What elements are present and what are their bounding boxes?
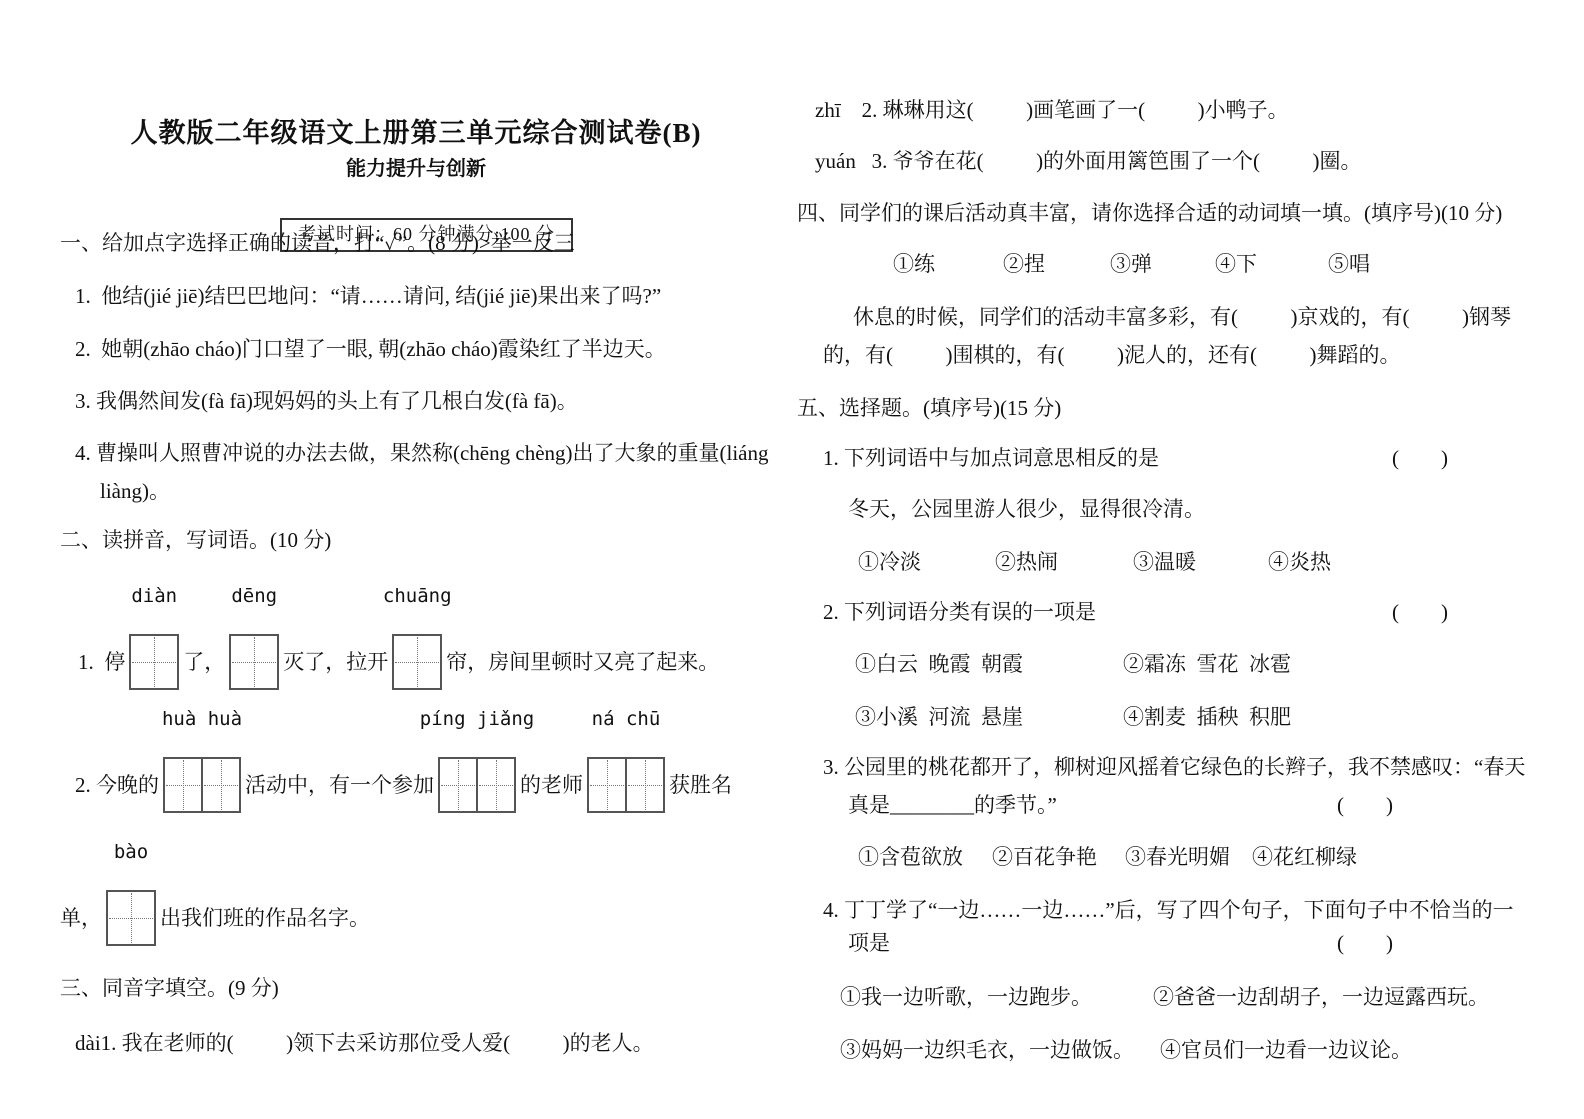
- answer-bracket: ( ): [1337, 793, 1393, 817]
- section4-option: ⑤唱: [1328, 252, 1370, 276]
- section3-item-yuan: yuán 3. 爷爷在花( )的外面用篱笆围了一个( )圈。: [815, 149, 1362, 173]
- section5-q4-option: ③妈妈一边织毛衣，一边做饭。: [840, 1038, 1134, 1062]
- section5-q3-option: ④花红柳绿: [1252, 845, 1357, 869]
- answer-bracket: ( ): [1392, 446, 1448, 470]
- writing-grid: diàn: [129, 634, 179, 690]
- section5-q4-option: ④官员们一边看一边议论。: [1160, 1038, 1412, 1062]
- section5-q2-option: ②霜冻 雪花 冰雹: [1123, 652, 1291, 676]
- pinyin-label: huà huà: [162, 709, 242, 731]
- section3-item-zhi: zhī 2. 琳琳用这( )画笔画了一( )小鸭子。: [815, 98, 1289, 122]
- section2-q1-line: 1. 停 diàn 了， dēng 灭了，拉开 chuāng 帘，房间里顿时又亮…: [78, 634, 719, 690]
- writing-cell: [476, 759, 514, 811]
- section3-item-dai: dài1. 我在老师的( )领下去采访那位受人爱( )的老人。: [75, 1031, 654, 1055]
- section1-heading: 一、给加点字选择正确的读音，打“✓”。(8 分)>举一反三: [60, 231, 575, 255]
- section5-q1-option: ②热闹: [995, 550, 1058, 574]
- writing-grid: chuāng: [392, 634, 442, 690]
- section4-paragraph-line2: 的，有( )围棋的，有( )泥人的，还有( )舞蹈的。: [823, 343, 1400, 367]
- writing-cell: [625, 759, 663, 811]
- page-title: 人教版二年级语文上册第三单元综合测试卷(B): [60, 118, 772, 149]
- section4-option: ③弹: [1110, 252, 1152, 276]
- section1-item: 1. 他结(jié jiē)结巴巴地问：“请……请问, 结(jié jiē)果出…: [75, 284, 661, 308]
- pinyin-label: chuāng: [383, 586, 452, 608]
- section5-q1-context: 冬天，公园里游人很少，显得很冷清。: [848, 497, 1205, 521]
- text-segment: 2. 今晚的: [75, 773, 159, 797]
- pinyin-label: píng jiǎng: [420, 709, 534, 731]
- writing-cell: [440, 759, 476, 811]
- text-segment: 1. 停: [78, 650, 125, 674]
- section5-q4-line2: 项是: [848, 931, 890, 955]
- writing-cell: [589, 759, 625, 811]
- section1-item: 3. 我偶然间发(fà fā)现妈妈的头上有了几根白发(fà fā)。: [75, 389, 578, 413]
- section5-heading: 五、选择题。(填序号)(15 分): [797, 396, 1061, 420]
- text-segment: 活动中，有一个参加: [245, 773, 434, 797]
- section4-paragraph-line1: 休息的时候，同学们的活动丰富多彩，有( )京戏的，有( )钢琴: [853, 305, 1511, 329]
- section4-option: ①练: [893, 252, 935, 276]
- section5-q2-option: ③小溪 河流 悬崖: [855, 705, 1023, 729]
- writing-cell: [201, 759, 239, 811]
- section5-q1-option: ③温暖: [1133, 550, 1196, 574]
- section1-item: 2. 她朝(zhāo cháo)门口望了一眼, 朝(zhāo cháo)霞染红了…: [75, 337, 666, 361]
- text-segment: 了，: [183, 650, 225, 674]
- writing-cell: [131, 636, 177, 688]
- pinyin-label: diàn: [131, 586, 177, 608]
- pinyin-label: ná chū: [592, 709, 661, 731]
- text-segment: 的老师: [520, 773, 583, 797]
- section5-q2-option: ①白云 晚霞 朝霞: [855, 652, 1023, 676]
- section5-q2-option: ④割麦 插秧 积肥: [1123, 705, 1291, 729]
- test-paper-page: 人教版二年级语文上册第三单元综合测试卷(B) 能力提升与创新 考试时间：60 分…: [0, 0, 1584, 1119]
- section5-q4-line1: 4. 丁丁学了“一边……一边……”后，写了四个句子，下面句子中不恰当的一: [823, 898, 1514, 922]
- writing-cell: [165, 759, 201, 811]
- answer-bracket: ( ): [1392, 600, 1448, 624]
- text-segment: 帘，房间里顿时又亮了起来。: [446, 650, 719, 674]
- section2-heading: 二、读拼音，写词语。(10 分): [60, 528, 331, 552]
- writing-cell: [394, 636, 440, 688]
- text-segment: 灭了，拉开: [283, 650, 388, 674]
- section5-q1-text: 1. 下列词语中与加点词意思相反的是: [823, 446, 1159, 470]
- text-segment: 获胜名: [669, 773, 732, 797]
- writing-grid: huà huà: [163, 757, 241, 813]
- writing-cell: [108, 892, 154, 944]
- page-subtitle: 能力提升与创新: [60, 158, 772, 181]
- section2-q2-line: 2. 今晚的 huà huà 活动中，有一个参加 píng jiǎng 的老师 …: [75, 757, 732, 813]
- section5-q3-option: ③春光明媚: [1125, 845, 1230, 869]
- pinyin-label: dēng: [231, 586, 277, 608]
- writing-grid: ná chū: [587, 757, 665, 813]
- section5-q3-line2: 真是________的季节。”: [848, 793, 1057, 817]
- writing-grid: bào: [106, 890, 156, 946]
- section5-q3-line1: 3. 公园里的桃花都开了，柳树迎风摇着它绿色的长辫子，我不禁感叹：“春天: [823, 755, 1525, 779]
- text-segment: 单，: [60, 906, 102, 930]
- text-segment: 出我们班的作品名字。: [160, 906, 370, 930]
- section5-q4-option: ①我一边听歌，一边跑步。: [840, 985, 1092, 1009]
- section1-item: 4. 曹操叫人照曹冲说的办法去做，果然称(chēng chèng)出了大象的重量…: [75, 441, 769, 465]
- section5-q1-option: ④炎热: [1268, 550, 1331, 574]
- section5-q2-text: 2. 下列词语分类有误的一项是: [823, 600, 1096, 624]
- section4-option: ②捏: [1003, 252, 1045, 276]
- section4-option: ④下: [1215, 252, 1257, 276]
- section5-q3-option: ②百花争艳: [992, 845, 1097, 869]
- section3-heading: 三、同音字填空。(9 分): [60, 976, 279, 1000]
- section2-q2-continuation-line: 单， bào 出我们班的作品名字。: [60, 890, 370, 946]
- section5-q4-option: ②爸爸一边刮胡子，一边逗露西玩。: [1153, 985, 1489, 1009]
- section4-heading: 四、同学们的课后活动真丰富，请你选择合适的动词填一填。(填序号)(10 分): [797, 201, 1502, 225]
- writing-grid: dēng: [229, 634, 279, 690]
- writing-cell: [231, 636, 277, 688]
- section5-q1-option: ①冷淡: [858, 550, 921, 574]
- writing-grid: píng jiǎng: [438, 757, 516, 813]
- answer-bracket: ( ): [1337, 931, 1393, 955]
- pinyin-label: bào: [114, 842, 148, 864]
- section1-item-continuation: liàng)。: [100, 479, 170, 503]
- section5-q3-option: ①含苞欲放: [858, 845, 963, 869]
